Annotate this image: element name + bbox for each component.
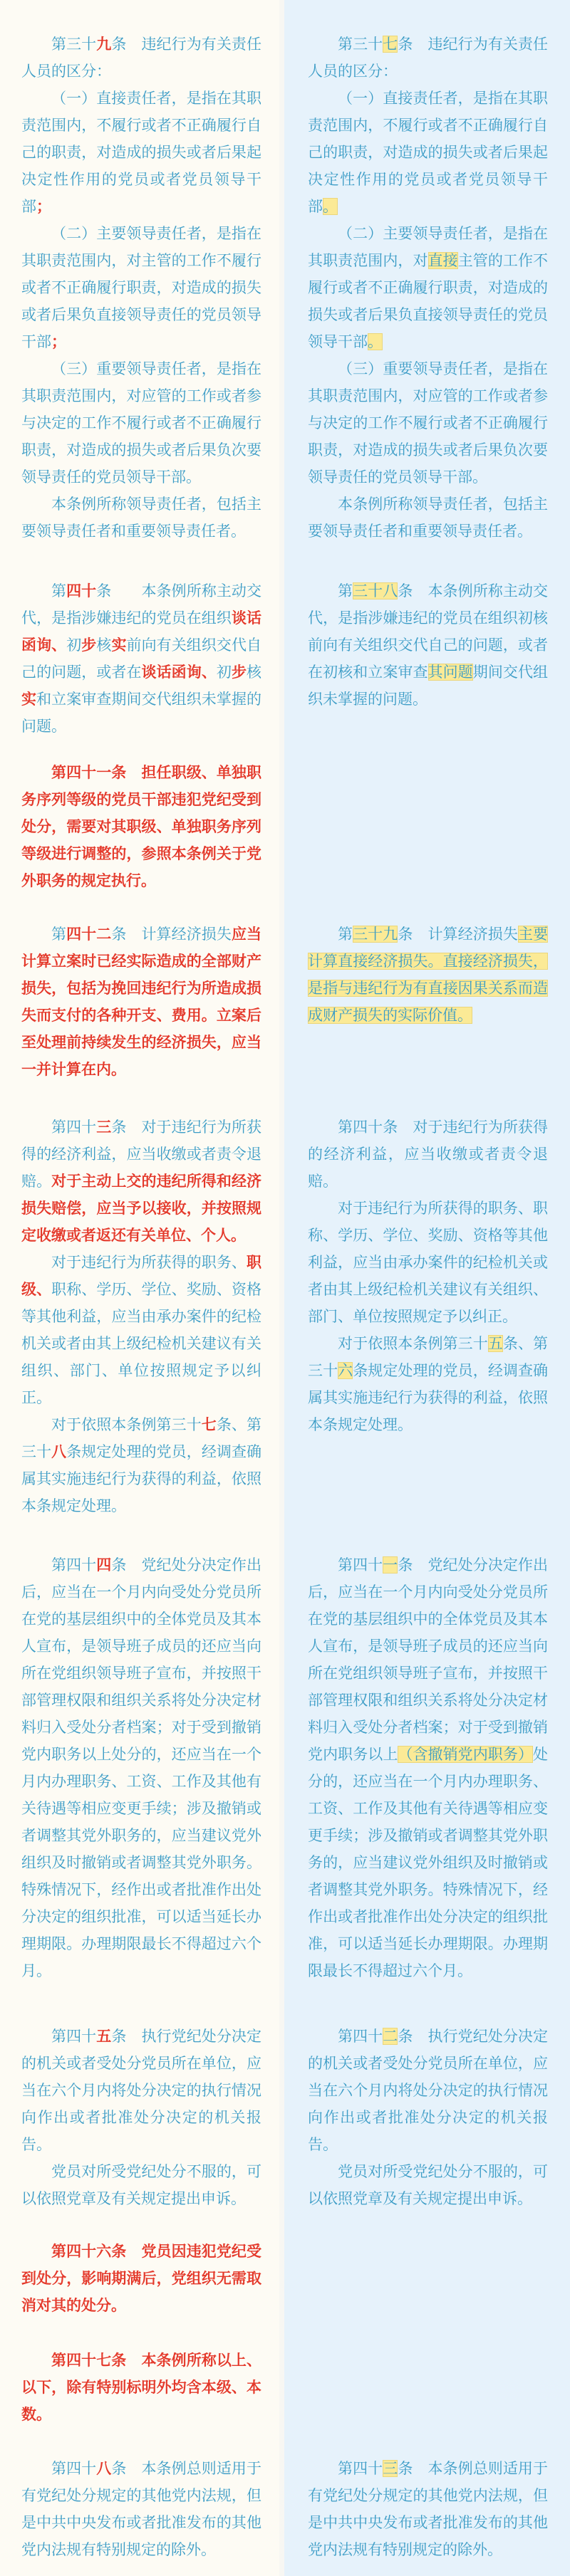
article-paragraph: 对于违纪行为所获得的职务、职称、学历、学位、奖励、资格等其他利益，应当由承办案件… [308, 1195, 548, 1330]
article-paragraph: 党员对所受党纪处分不服的，可以依照党章及有关规定提出申诉。 [308, 2158, 548, 2212]
changed-text-highlight: 一 [383, 1556, 398, 1574]
text-segment: 条 计算经济损失 [111, 926, 232, 943]
article-paragraph: 第四十四条 党纪处分决定作出后，应当在一个月内向受处分党员所在党的基层组织中的全… [21, 1551, 261, 1984]
article-paragraph: （二）主要领导责任者，是指在其职责范围内，对直接主管的工作不履行或者不正确履行职… [308, 220, 548, 355]
article-paragraph: 第三十八条 本条例所称主动交代，是指涉嫌违纪的党员在组织初核前向有关组织交代自己… [308, 577, 548, 713]
text-segment: （三）重要领导责任者，是指在其职责范围内，对应管的工作或者参与决定的工作不履行或… [308, 360, 548, 486]
article-paragraph: 本条例所称领导责任者，包括主要领导责任者和重要领导责任者。 [21, 491, 261, 545]
article-paragraph: 第四十三条 本条例总则适用于有党纪处分规定的其他党内法规，但是中共中央发布或者批… [308, 2455, 548, 2563]
article-paragraph: 第三十七条 违纪行为有关责任人员的区分： [308, 31, 548, 85]
text-segment: 职称、学历、学位、奖励、资格等其他利益，应当由承办案件的纪检机关或者由其上级纪检… [21, 1281, 261, 1406]
changed-text-highlight: 七 [383, 36, 398, 53]
revised-text: 四 [96, 1556, 111, 1574]
article-paragraph: 第三十九条 违纪行为有关责任人员的区分： [21, 31, 261, 85]
revised-text: 步 [232, 664, 247, 681]
text-segment: （三）重要领导责任者，是指在其职责范围内，对应管的工作或者参与决定的工作不履行或… [21, 360, 261, 486]
revised-text: 八 [51, 1443, 66, 1460]
revised-text: 实 [111, 637, 126, 654]
text-segment: 第三十 [51, 36, 96, 53]
article-comparison-table: 第三十九条 违纪行为有关责任人员的区分：（一）直接责任者，是指在其职责范围内，不… [0, 0, 570, 2576]
article-paragraph: 第四十二条 执行党纪处分决定的机关或者受处分党员所在单位，应当在六个月内将处分决… [308, 2023, 548, 2158]
revised-text: 步 [81, 637, 96, 654]
text-segment: 对于违纪行为所获得的职务、 [51, 1254, 247, 1271]
text-segment: 第四十 [51, 1556, 96, 1574]
text-segment: 第三十 [338, 36, 383, 53]
text-segment: 第四十 [338, 1556, 383, 1574]
changed-text-highlight: 六 [338, 1362, 353, 1379]
article-paragraph: 第四十二条 计算经济损失应当计算立案时已经实际造成的全部财产损失，包括为挽回违纪… [21, 921, 261, 1083]
revised-text: 实 [21, 691, 36, 708]
text-segment: 初 [217, 664, 232, 681]
text-segment: 条 党纪处分决定作出后，应当在一个月内向受处分党员所在党的基层组织中的全体党员及… [21, 1556, 261, 1979]
revised-text: 八 [96, 2460, 111, 2477]
new-version-article: 第四十四条 党纪处分决定作出后，应当在一个月内向受处分党员所在党的基层组织中的全… [21, 1551, 261, 1984]
revised-text: 五 [96, 2028, 111, 2045]
changed-text-highlight: 三十九 [353, 926, 398, 943]
changed-text-highlight: 。 [323, 198, 338, 215]
text-segment: 核 [247, 664, 261, 681]
changed-text-highlight: 二 [383, 2028, 398, 2045]
text-segment: （一）直接责任者，是指在其职责范围内，不履行或者不正确履行自己的职责，对造成的损… [21, 90, 261, 215]
text-segment: 本条例所称领导责任者，包括主要领导责任者和重要领导责任者。 [308, 496, 548, 540]
article-paragraph: 第四十条 本条例所称主动交代，是指涉嫌违纪的党员在组织谈话函询、初步核实前向有关… [21, 577, 261, 740]
revised-text: 第四十六条 党员因违犯党纪受到处分，影响期满后，党组织无需取消对其的处分。 [21, 2243, 261, 2314]
changed-text-highlight: 三 [383, 2460, 398, 2477]
text-segment: （一）直接责任者，是指在其职责范围内，不履行或者不正确履行自己的职责，对造成的损… [308, 90, 548, 215]
text-segment: 对于违纪行为所获得的职务、职称、学历、学位、奖励、资格等其他利益，应当由承办案件… [308, 1200, 548, 1325]
article-paragraph: 第四十八条 本条例总则适用于有党纪处分规定的其他党内法规，但是中共中央发布或者批… [21, 2455, 261, 2563]
changed-text-highlight: 五 [488, 1335, 503, 1352]
text-segment: 第四十 [51, 2028, 96, 2045]
new-version-article: 第四十二条 计算经济损失应当计算立案时已经实际造成的全部财产损失，包括为挽回违纪… [21, 921, 261, 1083]
text-segment: 第四十 [51, 1119, 96, 1136]
article-paragraph: 党员对所受党纪处分不服的，可以依照党章及有关规定提出申诉。 [21, 2158, 261, 2212]
text-segment: 党员对所受党纪处分不服的，可以依照党章及有关规定提出申诉。 [308, 2163, 548, 2207]
article-paragraph: 第三十九条 计算经济损失主要计算直接经济损失。直接经济损失，是指与违纪行为有直接… [308, 921, 548, 1029]
revised-text: 谈话函询、 [142, 664, 217, 681]
text-segment: 条 执行党纪处分决定的机关或者受处分党员所在单位，应当在六个月内将处分决定的执行… [21, 2028, 261, 2153]
article-paragraph: （一）直接责任者，是指在其职责范围内，不履行或者不正确履行自己的职责，对造成的损… [308, 85, 548, 220]
revised-text: 第四十七条 本条例所称以上、以下，除有特别标明外均含本级、本数。 [21, 2352, 261, 2423]
article-paragraph: 本条例所称领导责任者，包括主要领导责任者和重要领导责任者。 [308, 491, 548, 545]
article-paragraph: 第四十七条 本条例所称以上、以下，除有特别标明外均含本级、本数。 [21, 2347, 261, 2428]
old-version-article: 第三十七条 违纪行为有关责任人员的区分：（一）直接责任者，是指在其职责范围内，不… [308, 31, 548, 545]
changed-text-highlight: 。 [368, 333, 383, 350]
changed-text-highlight: 直接 [428, 252, 458, 269]
text-segment: 条 党纪处分决定作出后，应当在一个月内向受处分党员所在党的基层组织中的全体党员及… [308, 1556, 548, 1763]
revised-text: 应当计算立案时已经实际造成的全部财产损失，包括为挽回违纪行为所造成损失而支付的各… [21, 926, 261, 1078]
revised-text: 七 [202, 1416, 217, 1433]
text-segment: 第四十 [51, 2460, 96, 2477]
article-paragraph: 第四十三条 对于违纪行为所获得的经济利益，应当收缴或者责令退赔。对于主动上交的违… [21, 1114, 261, 1249]
changed-text-highlight: 三十八 [353, 582, 398, 600]
revised-text: 四十 [66, 582, 96, 600]
article-paragraph: 第四十五条 执行党纪处分决定的机关或者受处分党员所在单位，应当在六个月内将处分决… [21, 2023, 261, 2158]
article-paragraph: 第四十条 对于违纪行为所获得的经济利益，应当收缴或者责令退赔。 [308, 1114, 548, 1195]
revised-text: 四十二 [66, 926, 111, 943]
text-segment: 第 [338, 926, 353, 943]
article-paragraph: 第四十六条 党员因违犯党纪受到处分，影响期满后，党组织无需取消对其的处分。 [21, 2238, 261, 2319]
changed-text-highlight: （含撤销党内职务） [398, 1746, 533, 1763]
revised-text: 对于主动上交的违纪所得和经济损失赔偿，应当予以接收，并按照规定收缴或者返还有关单… [21, 1173, 261, 1244]
article-paragraph: （一）直接责任者，是指在其职责范围内，不履行或者不正确履行自己的职责，对造成的损… [21, 85, 261, 220]
text-segment: 第四十 [338, 2460, 383, 2477]
article-paragraph: 第四十一条 担任职级、单独职务序列等级的党员干部违犯党纪受到处分，需要对其职级、… [21, 759, 261, 894]
new-version-article: 第四十三条 对于违纪行为所获得的经济利益，应当收缴或者责令退赔。对于主动上交的违… [21, 1114, 261, 1519]
old-version-article: 第三十九条 计算经济损失主要计算直接经济损失。直接经济损失，是指与违纪行为有直接… [308, 921, 548, 1029]
changed-text-highlight: 其问题 [428, 664, 473, 681]
text-segment: 第 [338, 582, 353, 600]
revised-text: ； [51, 333, 66, 350]
text-segment: 第 [51, 926, 66, 943]
article-paragraph: 对于违纪行为所获得的职务、职级、职称、学历、学位、奖励、资格等其他利益，应当由承… [21, 1249, 261, 1411]
old-version-article: 第四十三条 本条例总则适用于有党纪处分规定的其他党内法规，但是中共中央发布或者批… [308, 2455, 548, 2563]
new-version-article: 第四十七条 本条例所称以上、以下，除有特别标明外均含本级、本数。 [21, 2347, 261, 2428]
text-segment: 对于依照本条例第三十 [338, 1335, 488, 1352]
new-version-article: 第四十五条 执行党纪处分决定的机关或者受处分党员所在单位，应当在六个月内将处分决… [21, 2023, 261, 2212]
text-segment: 处分的，还应当在一个月内办理职务、工资、工作及其他有关待遇等相应变更手续；涉及撤… [308, 1746, 548, 1979]
text-segment: （二）主要领导责任者，是指在其职责范围内，对主管的工作不履行或者不正确履行职责，… [21, 225, 261, 350]
new-version-article: 第四十一条 担任职级、单独职务序列等级的党员干部违犯党纪受到处分，需要对其职级、… [21, 759, 261, 894]
new-version-article: 第四十条 本条例所称主动交代，是指涉嫌违纪的党员在组织谈话函询、初步核实前向有关… [21, 577, 261, 740]
article-paragraph: 对于依照本条例第三十五条、第三十六条规定处理的党员，经调查确属其实施违纪行为获得… [308, 1330, 548, 1438]
article-paragraph: （三）重要领导责任者，是指在其职责范围内，对应管的工作或者参与决定的工作不履行或… [308, 355, 548, 491]
text-segment: 第 [51, 582, 66, 600]
text-segment: 核 [96, 637, 111, 654]
text-segment: 第四十 [338, 2028, 383, 2045]
new-version-article: 第四十六条 党员因违犯党纪受到处分，影响期满后，党组织无需取消对其的处分。 [21, 2238, 261, 2319]
article-paragraph: 第四十一条 党纪处分决定作出后，应当在一个月内向受处分党员所在党的基层组织中的全… [308, 1551, 548, 1984]
revised-text: ； [36, 198, 51, 215]
article-paragraph: （二）主要领导责任者，是指在其职责范围内，对主管的工作不履行或者不正确履行职责，… [21, 220, 261, 355]
old-version-article: 第三十八条 本条例所称主动交代，是指涉嫌违纪的党员在组织初核前向有关组织交代自己… [308, 577, 548, 713]
article-paragraph: （三）重要领导责任者，是指在其职责范围内，对应管的工作或者参与决定的工作不履行或… [21, 355, 261, 491]
new-version-article: 第四十八条 本条例总则适用于有党纪处分规定的其他党内法规，但是中共中央发布或者批… [21, 2455, 261, 2563]
text-segment: 条 执行党纪处分决定的机关或者受处分党员所在单位，应当在六个月内将处分决定的执行… [308, 2028, 548, 2153]
text-segment: 对于依照本条例第三十 [51, 1416, 202, 1433]
old-version-article: 第四十一条 党纪处分决定作出后，应当在一个月内向受处分党员所在党的基层组织中的全… [308, 1551, 548, 1984]
revised-text: 三 [96, 1119, 111, 1136]
old-version-article: 第四十二条 执行党纪处分决定的机关或者受处分党员所在单位，应当在六个月内将处分决… [308, 2023, 548, 2212]
old-version-article: 第四十条 对于违纪行为所获得的经济利益，应当收缴或者责令退赔。对于违纪行为所获得… [308, 1114, 548, 1438]
text-segment: 党员对所受党纪处分不服的，可以依照党章及有关规定提出申诉。 [21, 2163, 261, 2207]
new-version-article: 第三十九条 违纪行为有关责任人员的区分：（一）直接责任者，是指在其职责范围内，不… [21, 31, 261, 545]
text-segment: 和立案审查期间交代组织未掌握的问题。 [21, 691, 261, 735]
text-segment: 本条例所称领导责任者，包括主要领导责任者和重要领导责任者。 [21, 496, 261, 540]
text-segment: 第四十条 对于违纪行为所获得的经济利益，应当收缴或者责令退赔。 [308, 1119, 548, 1190]
revised-text: 第四十一条 担任职级、单独职务序列等级的党员干部违犯党纪受到处分，需要对其职级、… [21, 764, 261, 889]
text-segment: 初 [66, 637, 81, 654]
revised-text: 九 [96, 36, 111, 53]
text-segment: 条 计算经济损失 [398, 926, 518, 943]
article-paragraph: 对于依照本条例第三十七条、第三十八条规定处理的党员，经调查确属其实施违纪行为获得… [21, 1411, 261, 1519]
